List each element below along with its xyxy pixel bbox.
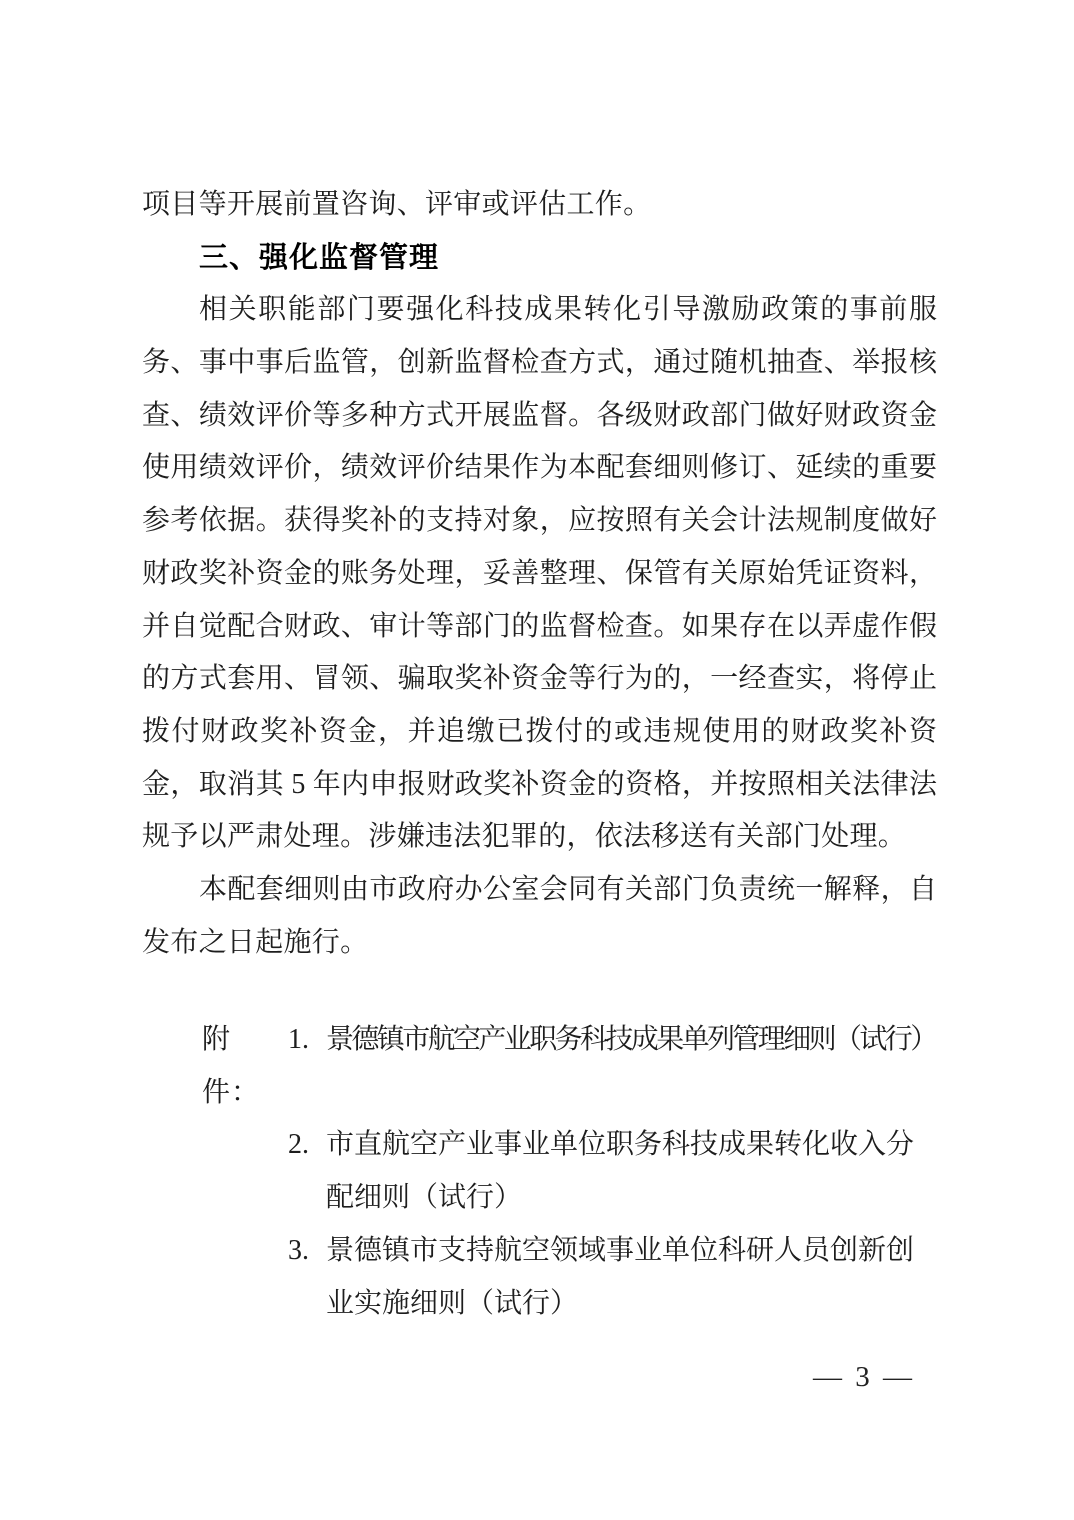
text-line: 使用绩效评价，绩效评价结果作为本配套细则修订、延续的重要 — [142, 442, 937, 495]
attachment-item: 附件：1.景德镇市航空产业职务科技成果单列管理细则（试行） — [202, 1014, 938, 1119]
text-line: 参考依据。获得奖补的支持对象，应按照有关会计法规制度做好 — [142, 495, 937, 548]
attachment-text: 景德镇市航空产业职务科技成果单列管理细则（试行） — [326, 1014, 938, 1067]
text-line: 项目等开展前置咨询、评审或评估工作。 — [142, 179, 937, 232]
attachment-number: 1. — [288, 1014, 326, 1067]
text-line: 并自觉配合财政、审计等部门的监督检查。如果存在以弄虚作假 — [142, 601, 937, 654]
attachment-item: 2.市直航空产业事业单位职务科技成果转化收入分配细则（试行） — [202, 1119, 938, 1224]
text-line: 规予以严肃处理。涉嫌违法犯罪的，依法移送有关部门处理。 — [142, 811, 937, 864]
attachment-item: 3.景德镇市支持航空领域事业单位科研人员创新创业实施细则（试行） — [202, 1225, 938, 1330]
text-line: 的方式套用、冒领、骗取奖补资金等行为的，一经查实，将停止 — [142, 653, 937, 706]
page-number: — 3 — — [813, 1355, 915, 1399]
attachment-text: 市直航空产业事业单位职务科技成果转化收入分配细则（试行） — [326, 1119, 938, 1224]
text-line: 拨付财政奖补资金，并追缴已拨付的或违规使用的财政奖补资 — [142, 706, 937, 759]
text-line: 金，取消其 5 年内申报财政奖补资金的资格，并按照相关法律法 — [142, 759, 937, 812]
document-page: 项目等开展前置咨询、评审或评估工作。三、强化监督管理相关职能部门要强化科技成果转… — [0, 0, 1074, 1520]
text-line: 发布之日起施行。 — [142, 917, 937, 970]
attachments-block: 附件：1.景德镇市航空产业职务科技成果单列管理细则（试行）2.市直航空产业事业单… — [202, 1014, 938, 1330]
text-line: 相关职能部门要强化科技成果转化引导激励政策的事前服 — [142, 284, 937, 337]
text-line: 本配套细则由市政府办公室会同有关部门负责统一解释，自 — [142, 864, 937, 917]
text-line: 查、绩效评价等多种方式开展监督。各级财政部门做好财政资金 — [142, 390, 937, 443]
text-line: 务、事中事后监管，创新监督检查方式，通过随机抽查、举报核 — [142, 337, 937, 390]
text-line: 财政奖补资金的账务处理，妥善整理、保管有关原始凭证资料， — [142, 548, 937, 601]
attachment-number: 3. — [288, 1225, 326, 1278]
attachments-label: 附件： — [202, 1014, 288, 1119]
document-body: 项目等开展前置咨询、评审或评估工作。三、强化监督管理相关职能部门要强化科技成果转… — [142, 179, 937, 969]
attachment-text: 景德镇市支持航空领域事业单位科研人员创新创业实施细则（试行） — [326, 1225, 938, 1330]
section-heading: 三、强化监督管理 — [142, 232, 937, 285]
attachment-number: 2. — [288, 1119, 326, 1172]
